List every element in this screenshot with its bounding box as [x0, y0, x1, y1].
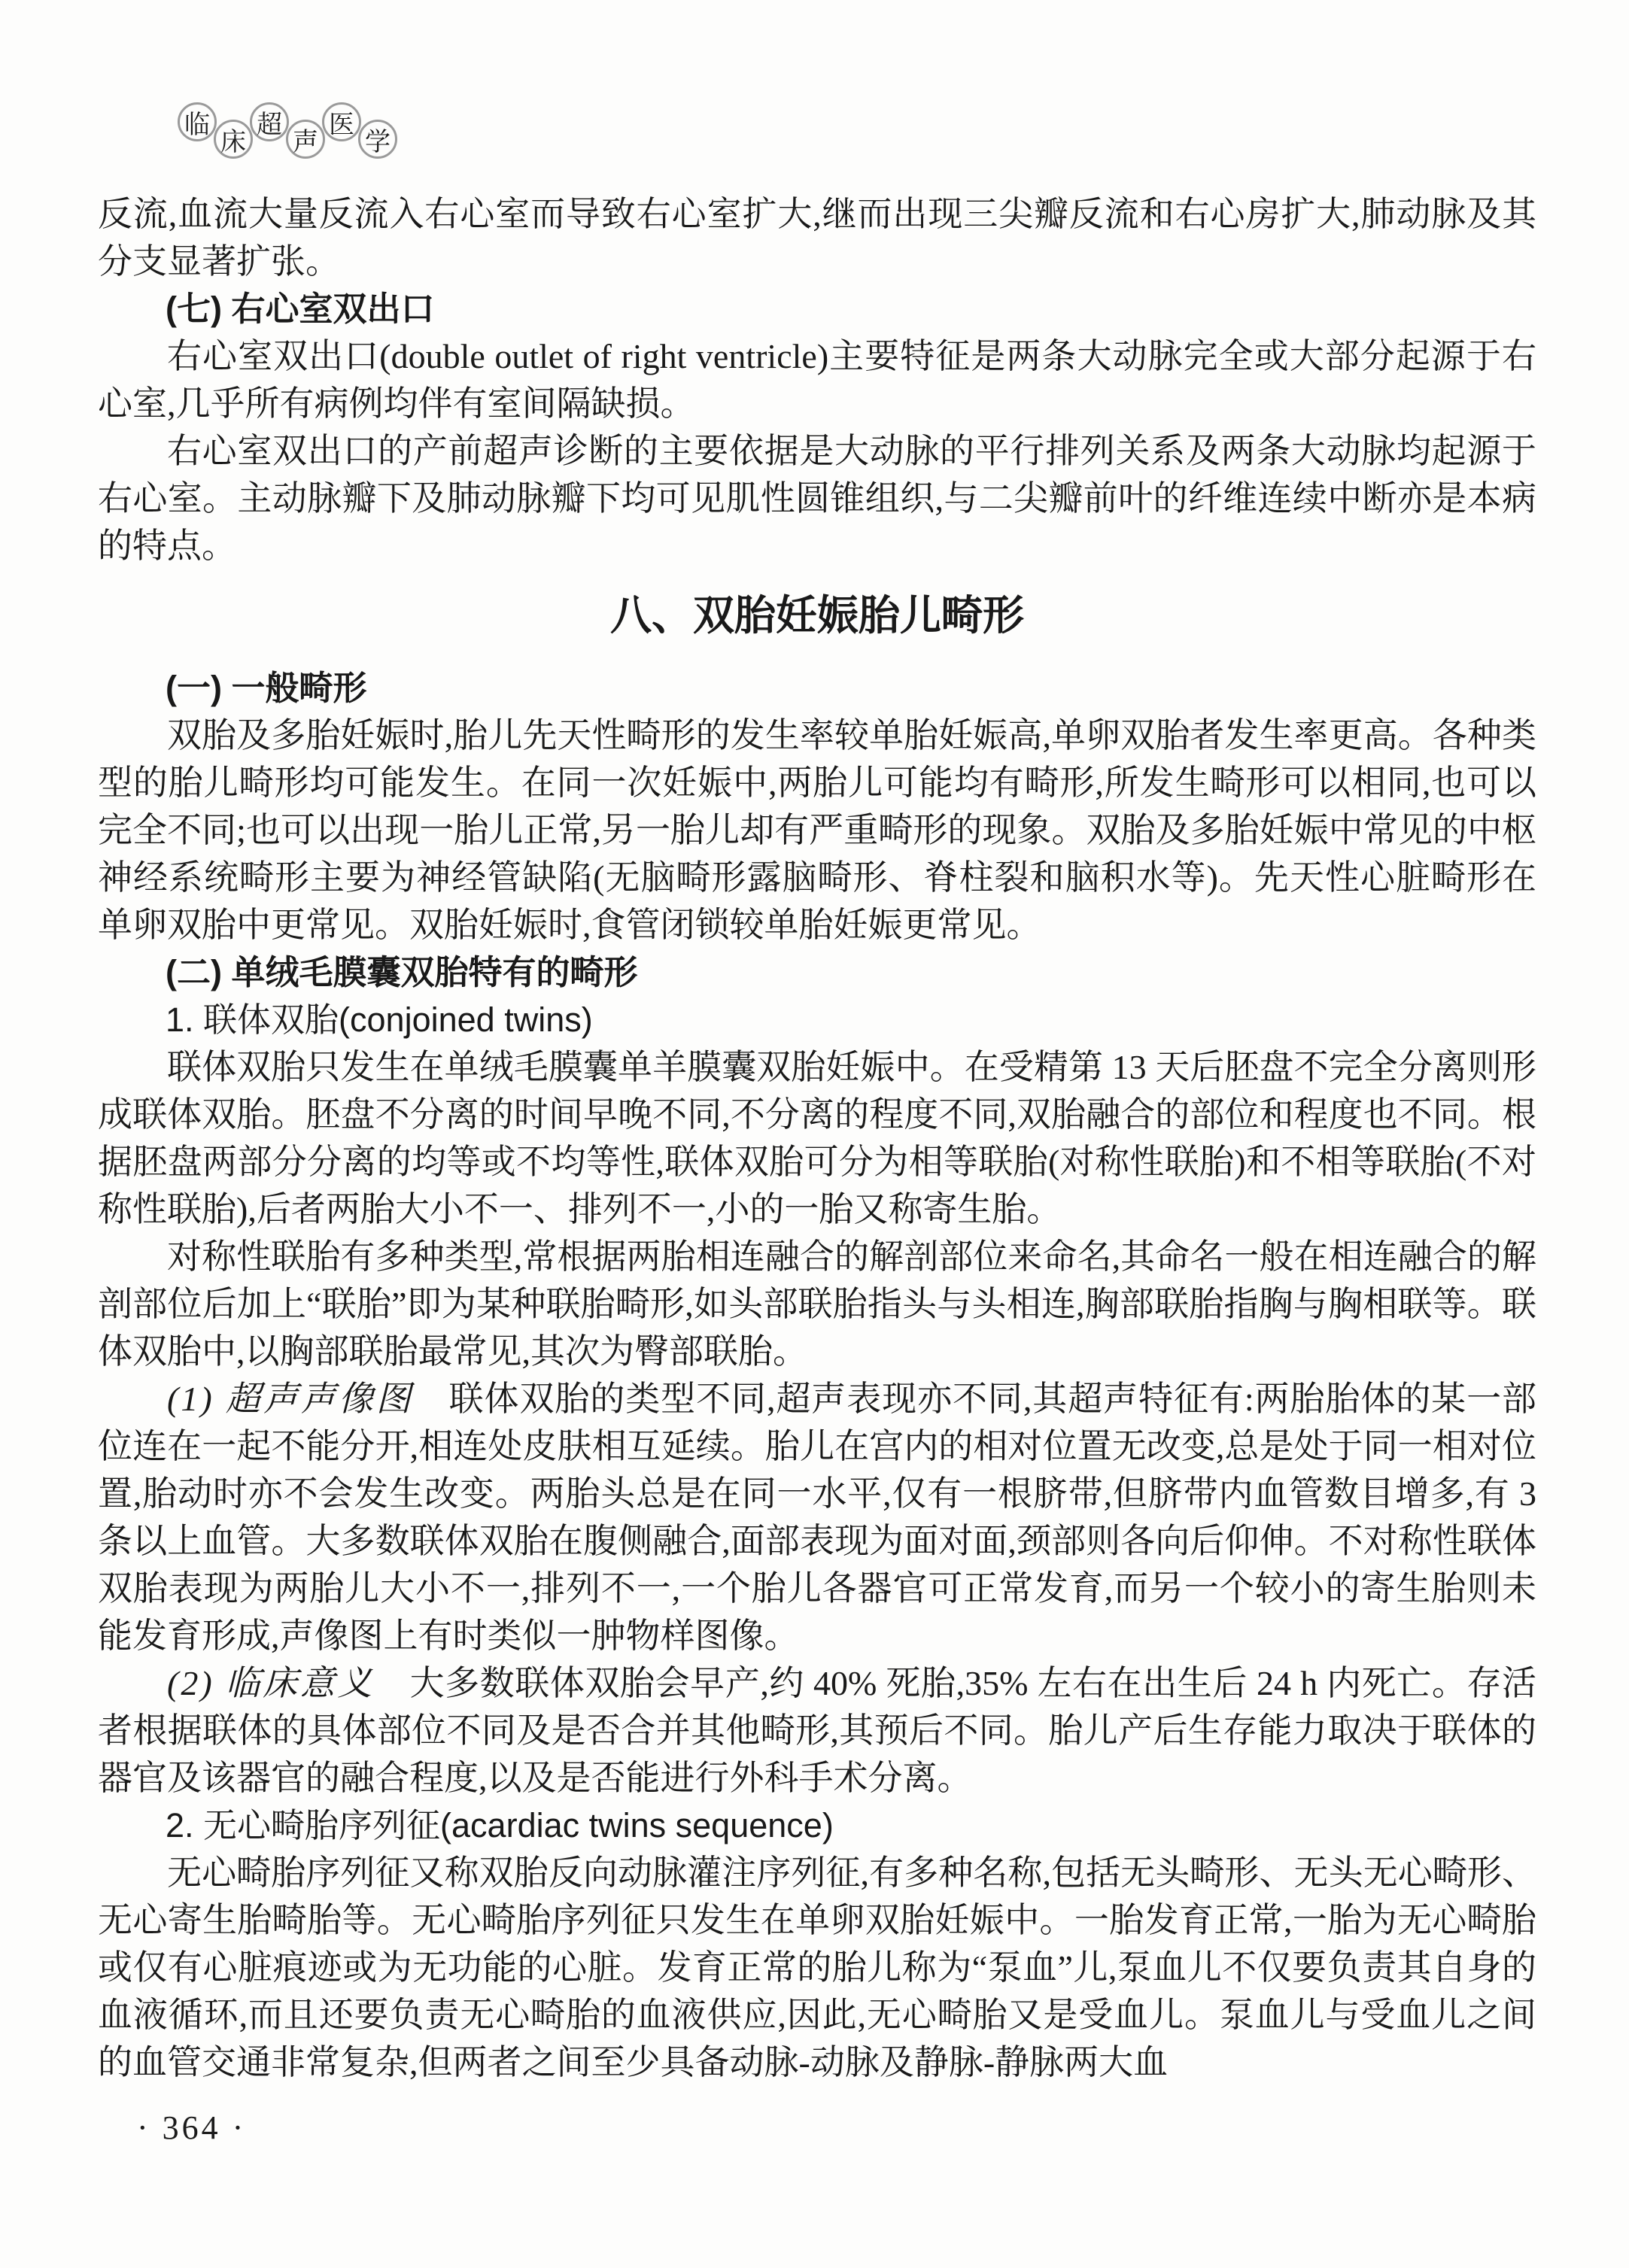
sub-heading: (二) 单绒毛膜囊双胎特有的畸形 [98, 949, 1536, 996]
paragraph: 反流,血流大量反流入右心室而导致右心室扩大,继而出现三尖瓣反流和右心房扩大,肺动… [98, 190, 1536, 285]
text-run: (1) 超声声像图 [167, 1380, 414, 1418]
section-heading: 八、双胎妊娠胎儿畸形 [98, 584, 1536, 648]
text-run: (七) 右心室双出口 [166, 290, 434, 328]
text-run: 右心室双出口(double outlet of right ventricle)… [98, 337, 1536, 423]
text-run: 联体双胎只发生在单绒毛膜囊单羊膜囊双胎妊娠中。在受精第 13 天后胚盘不完全分离… [98, 1048, 1536, 1228]
text-run: 八、双胎妊娠胎儿畸形 [610, 593, 1024, 639]
logo-char-circle: 声 [286, 120, 325, 159]
book-page: 临床超声医学 反流,血流大量反流入右心室而导致右心室扩大,继而出现三尖瓣反流和右… [0, 0, 1629, 2268]
text-run: 右心室双出口的产前超声诊断的主要依据是大动脉的平行排列关系及两条大动脉均起源于右… [98, 432, 1536, 565]
text-run: 2. 无心畸胎序列征 [166, 1806, 440, 1844]
sub-heading: (七) 右心室双出口 [98, 285, 1536, 332]
logo-char-circle: 医 [322, 102, 361, 141]
page-number: · 364 · [137, 2104, 246, 2151]
document-content: 反流,血流大量反流入右心室而导致右心室扩大,继而出现三尖瓣反流和右心房扩大,肺动… [98, 190, 1536, 2086]
book-logo: 临床超声医学 [178, 102, 397, 159]
logo-char-circle: 学 [358, 120, 397, 159]
text-run: (一) 一般畸形 [166, 669, 366, 707]
paragraph: 右心室双出口(double outlet of right ventricle)… [98, 332, 1536, 427]
paragraph: 无心畸胎序列征又称双胎反向动脉灌注序列征,有多种名称,包括无头畸形、无头无心畸形… [98, 1849, 1536, 2086]
text-run: 反流,血流大量反流入右心室而导致右心室扩大,继而出现三尖瓣反流和右心房扩大,肺动… [98, 195, 1536, 281]
text-run: 联体双胎的类型不同,超声表现亦不同,其超声特征有:两胎胎体的某一部位连在一起不能… [98, 1380, 1536, 1655]
text-run: 双胎及多胎妊娠时,胎儿先天性畸形的发生率较单胎妊娠高,单卵双胎者发生率更高。各种… [98, 716, 1536, 944]
logo-char-circle: 临 [178, 102, 217, 141]
text-run: 无心畸胎序列征又称双胎反向动脉灌注序列征,有多种名称,包括无头畸形、无头无心畸形… [98, 1854, 1536, 2081]
paragraph: 右心室双出口的产前超声诊断的主要依据是大动脉的平行排列关系及两条大动脉均起源于右… [98, 427, 1536, 569]
text-run: 对称性联胎有多种类型,常根据两胎相连融合的解剖部位来命名,其命名一般在相连融合的… [98, 1237, 1536, 1371]
numbered-heading: 2. 无心畸胎序列征(acardiac twins sequence) [98, 1802, 1536, 1849]
paragraph: 对称性联胎有多种类型,常根据两胎相连融合的解剖部位来命名,其命名一般在相连融合的… [98, 1233, 1536, 1375]
paragraph: 双胎及多胎妊娠时,胎儿先天性畸形的发生率较单胎妊娠高,单卵双胎者发生率更高。各种… [98, 712, 1536, 949]
text-run: (conjoined twins) [339, 1000, 593, 1039]
logo-char-circle: 超 [250, 102, 289, 141]
paragraph: (2) 临床意义 大多数联体双胎会早产,约 40% 死胎,35% 左右在出生后 … [98, 1659, 1536, 1802]
logo-char-circle: 床 [214, 120, 253, 159]
sub-heading: (一) 一般畸形 [98, 664, 1536, 712]
paragraph: (1) 超声声像图 联体双胎的类型不同,超声表现亦不同,其超声特征有:两胎胎体的… [98, 1375, 1536, 1659]
text-run: (acardiac twins sequence) [440, 1806, 834, 1844]
numbered-heading: 1. 联体双胎(conjoined twins) [98, 996, 1536, 1043]
text-run: (2) 临床意义 [167, 1664, 375, 1702]
text-run: 1. 联体双胎 [166, 1000, 339, 1039]
text-run: (二) 单绒毛膜囊双胎特有的畸形 [166, 953, 637, 991]
paragraph: 联体双胎只发生在单绒毛膜囊单羊膜囊双胎妊娠中。在受精第 13 天后胚盘不完全分离… [98, 1043, 1536, 1233]
